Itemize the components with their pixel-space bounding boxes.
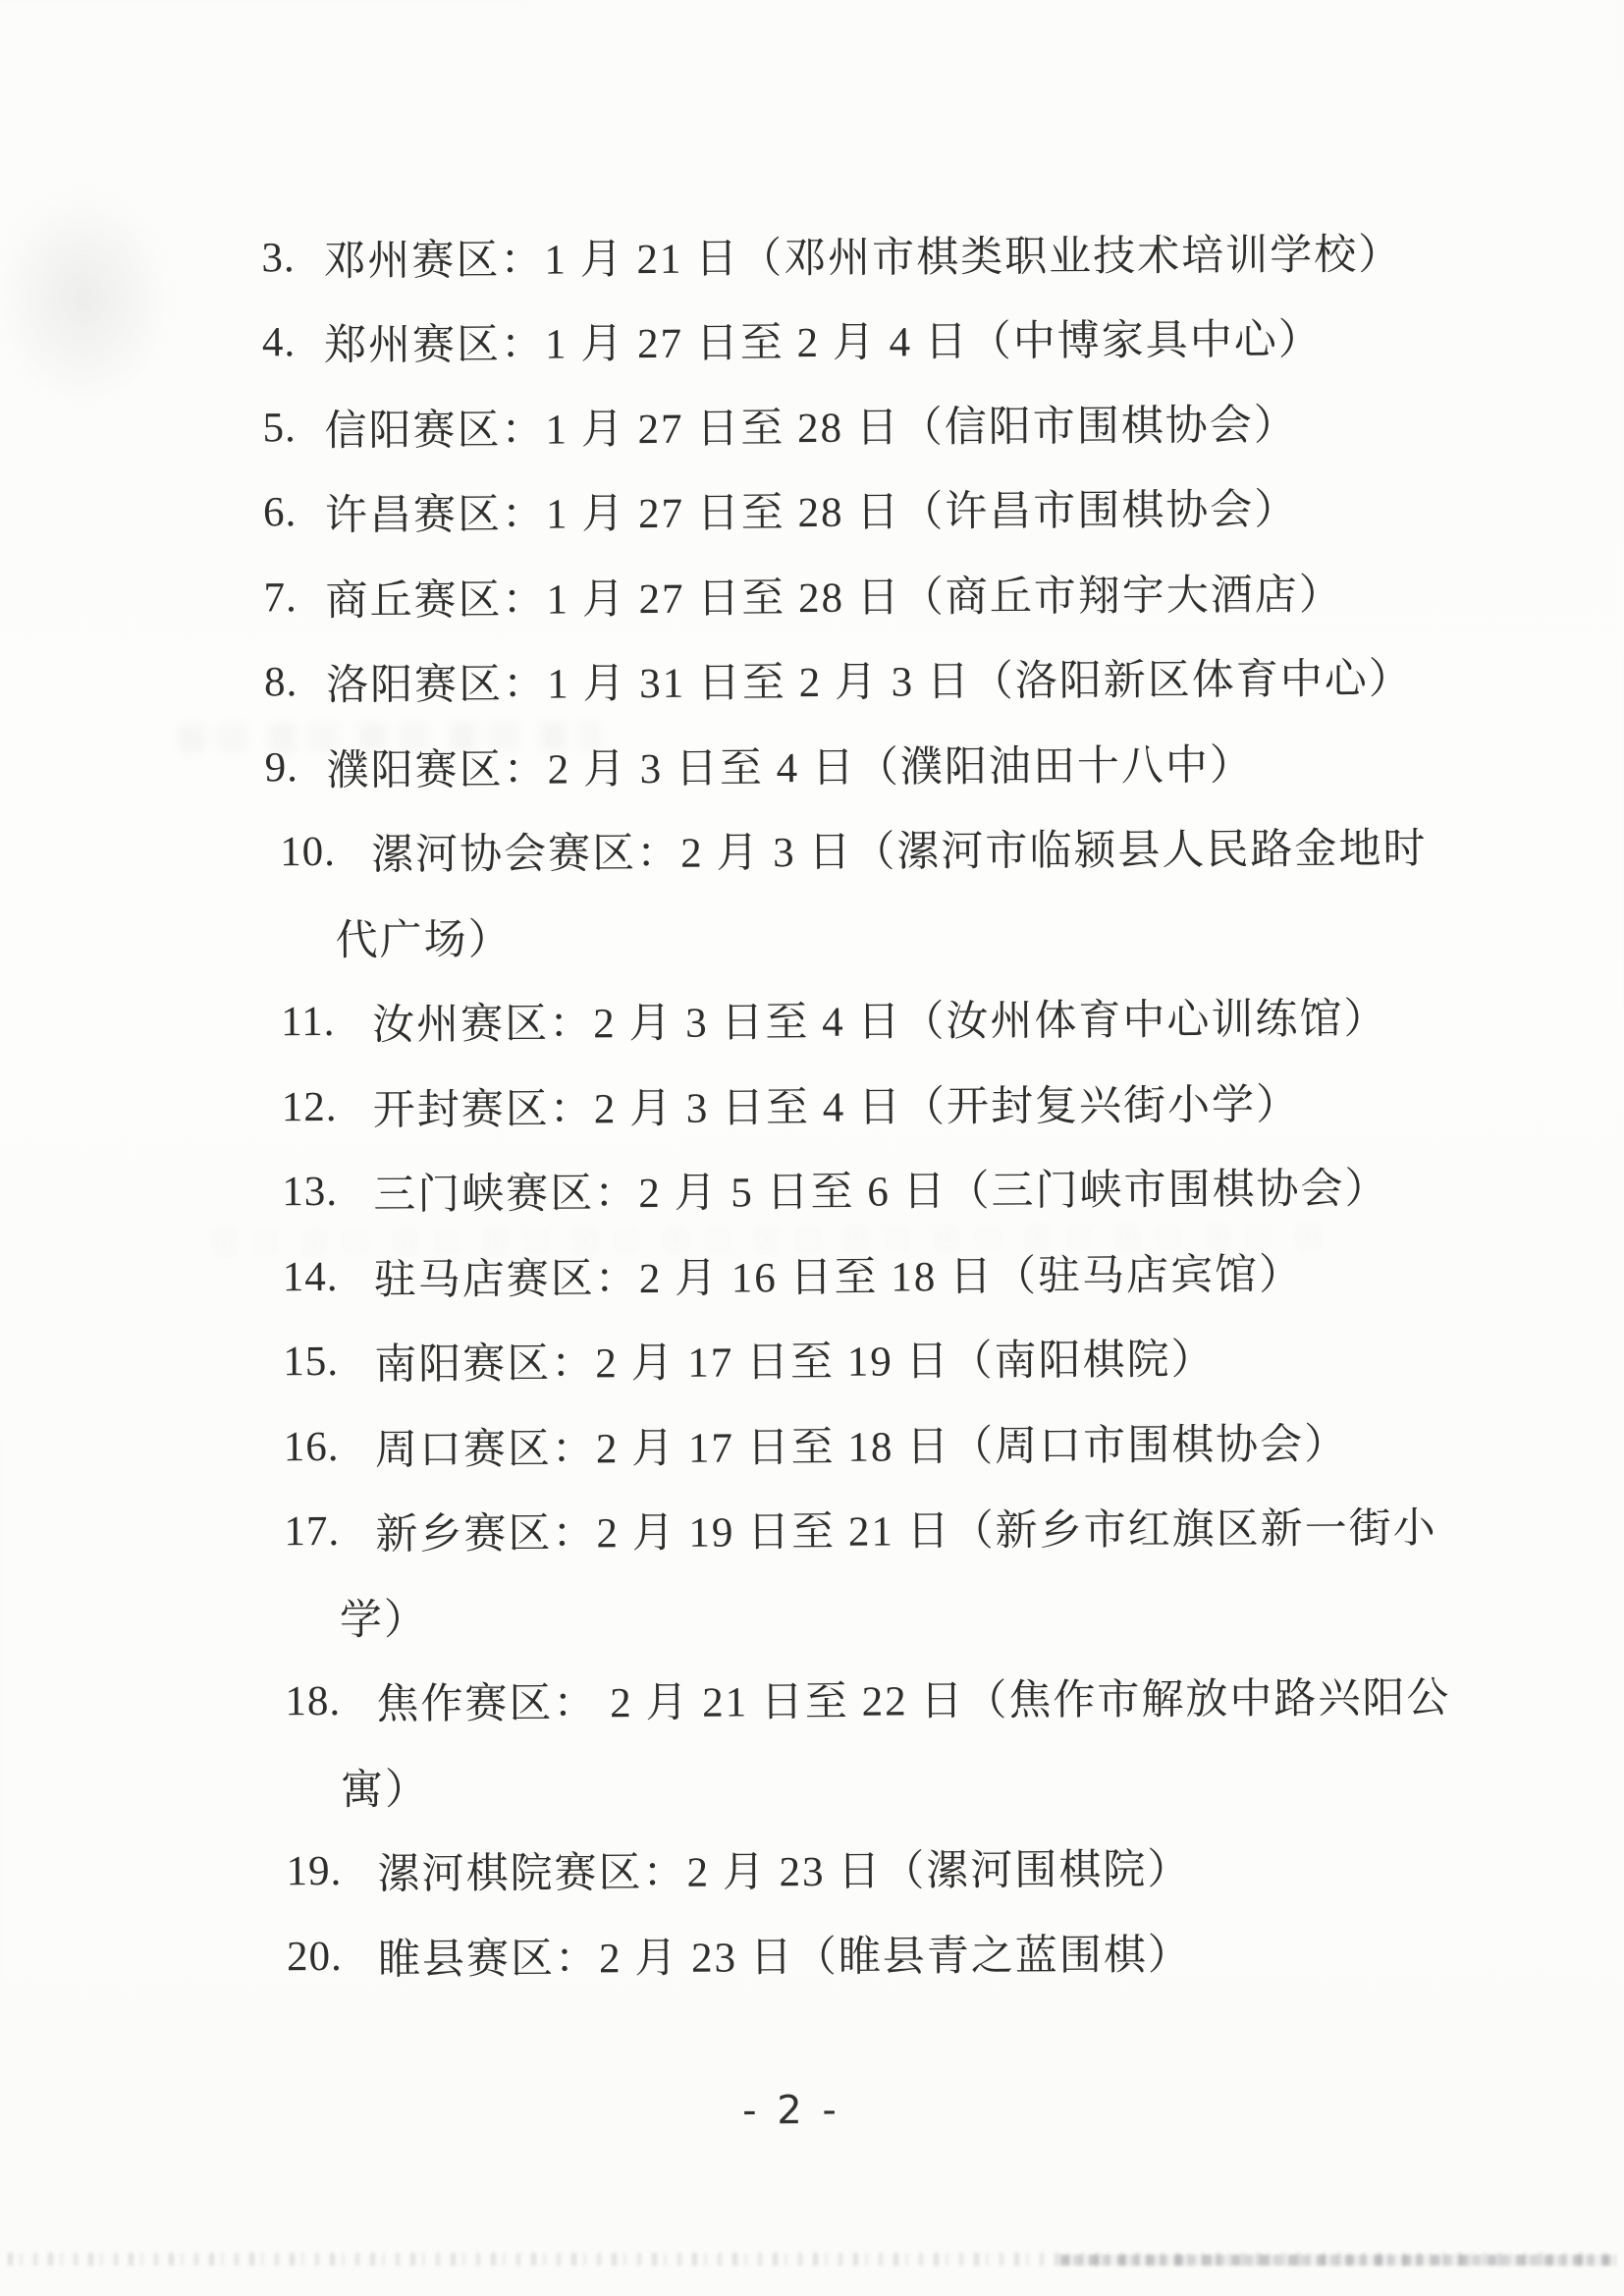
item-number: 18. — [285, 1677, 376, 1726]
item-text: 南阳赛区：2 月 17 日至 19 日（南阳棋院） — [374, 1327, 1216, 1392]
page-number: - 2 - — [6, 2083, 1577, 2138]
list-item: 19.漯河棋院赛区：2 月 23 日（漯河围棋院） — [4, 1821, 1624, 1916]
item-text: 寓） — [341, 1756, 429, 1817]
item-number: 19. — [286, 1847, 377, 1896]
item-text: 周口赛区：2 月 17 日至 18 日（周口市围棋协会） — [375, 1410, 1349, 1476]
item-number: 8. — [264, 658, 326, 706]
item-text: 邓州赛区：1 月 21 日（邓州市棋类职业技术培训学校） — [323, 221, 1402, 288]
list-item: 13.三门峡赛区：2 月 5 日至 6 日（三门峡市围棋协会） — [0, 1141, 1624, 1236]
list-item: 7.商丘赛区：1 月 27 日至 28 日（商丘市翔宇大酒店） — [0, 547, 1621, 642]
list-item-continuation: 学） — [3, 1566, 1624, 1662]
item-number: 12. — [282, 1082, 373, 1131]
venue-schedule-list: 3.邓州赛区：1 月 21 日（邓州市棋类职业技术培训学校） 4.郑州赛区：1 … — [0, 207, 1624, 2001]
item-number: 13. — [282, 1168, 373, 1217]
list-item: 16.周口赛区：2 月 17 日至 18 日（周口市围棋协会） — [2, 1396, 1624, 1492]
list-item: 12.开封赛区：2 月 3 日至 4 日（开封复兴街小学） — [0, 1057, 1624, 1152]
item-number: 3. — [261, 234, 323, 282]
item-number: 14. — [283, 1252, 374, 1301]
list-item: 17.新乡赛区：2 月 19 日至 21 日（新乡市红旗区新一街小 — [2, 1481, 1624, 1576]
item-text: 漯河协会赛区：2 月 3 日（漯河市临颍县人民路金地时 — [371, 815, 1428, 882]
item-text: 睢县赛区：2 月 23 日（睢县青之蓝围棋） — [378, 1921, 1192, 1986]
item-number: 20. — [287, 1932, 378, 1981]
list-item: 18.焦作赛区： 2 月 21 日至 22 日（焦作市解放中路兴阳公 — [3, 1651, 1624, 1746]
list-item-continuation: 代广场） — [0, 887, 1623, 982]
scan-noise-bottom-right — [1060, 2255, 1616, 2266]
list-item: 15.南阳赛区：2 月 17 日至 19 日（南阳棋院） — [1, 1311, 1624, 1406]
item-number: 17. — [284, 1507, 375, 1557]
item-text: 学） — [340, 1586, 428, 1647]
item-text: 漯河棋院赛区：2 月 23 日（漯河围棋院） — [377, 1836, 1191, 1901]
item-number: 7. — [263, 574, 325, 622]
item-number: 5. — [262, 404, 324, 452]
item-text: 汝州赛区：2 月 3 日至 4 日（汝州体育中心训练馆） — [372, 986, 1388, 1052]
list-item-continuation: 寓） — [4, 1736, 1624, 1831]
list-item: 10.漯河协会赛区：2 月 3 日（漯河市临颍县人民路金地时 — [0, 801, 1622, 897]
item-text: 开封赛区：2 月 3 日至 4 日（开封复兴街小学） — [373, 1071, 1301, 1137]
item-number: 10. — [280, 828, 371, 877]
item-text: 信阳赛区：1 月 27 日至 28 日（信阳市围棋协会） — [324, 392, 1298, 458]
item-text: 代广场） — [335, 906, 512, 967]
item-text: 洛阳赛区：1 月 31 日至 2 月 3 日（洛阳新区体育中心） — [326, 646, 1413, 713]
item-number: 16. — [284, 1422, 375, 1471]
list-item: 6.许昌赛区：1 月 27 日至 28 日（许昌市围棋协会） — [0, 462, 1620, 557]
item-text: 新乡赛区：2 月 19 日至 21 日（新乡市红旗区新一街小 — [375, 1495, 1437, 1561]
scanned-page: 3.邓州赛区：1 月 21 日（邓州市棋类职业技术培训学校） 4.郑州赛区：1 … — [0, 0, 1624, 2296]
list-item: 4.郑州赛区：1 月 27 日至 2 月 4 日（中博家具中心） — [0, 292, 1619, 387]
item-number: 6. — [263, 488, 325, 536]
list-item: 3.邓州赛区：1 月 21 日（邓州市棋类职业技术培训学校） — [0, 207, 1619, 302]
item-number: 11. — [281, 998, 372, 1047]
list-item: 20.睢县赛区：2 月 23 日（睢县青之蓝围棋） — [5, 1906, 1624, 2001]
item-text: 郑州赛区：1 月 27 日至 2 月 4 日（中博家具中心） — [324, 306, 1323, 372]
item-text: 商丘赛区：1 月 27 日至 28 日（商丘市翔宇大酒店） — [325, 561, 1343, 627]
item-text: 许昌赛区：1 月 27 日至 28 日（许昌市围棋协会） — [325, 476, 1299, 542]
list-item: 8.洛阳赛区：1 月 31 日至 2 月 3 日（洛阳新区体育中心） — [0, 631, 1621, 727]
item-text: 焦作赛区： 2 月 21 日至 22 日（焦作市解放中路兴阳公 — [376, 1665, 1450, 1731]
list-item: 5.信阳赛区：1 月 27 日至 28 日（信阳市围棋协会） — [0, 377, 1620, 472]
list-item: 11.汝州赛区：2 月 3 日至 4 日（汝州体育中心训练馆） — [0, 971, 1623, 1066]
item-text: 三门峡赛区：2 月 5 日至 6 日（三门峡市围棋协会） — [373, 1156, 1389, 1222]
bleed-through-artifact — [179, 721, 601, 753]
item-number: 15. — [283, 1338, 374, 1387]
item-number: 4. — [262, 318, 324, 366]
